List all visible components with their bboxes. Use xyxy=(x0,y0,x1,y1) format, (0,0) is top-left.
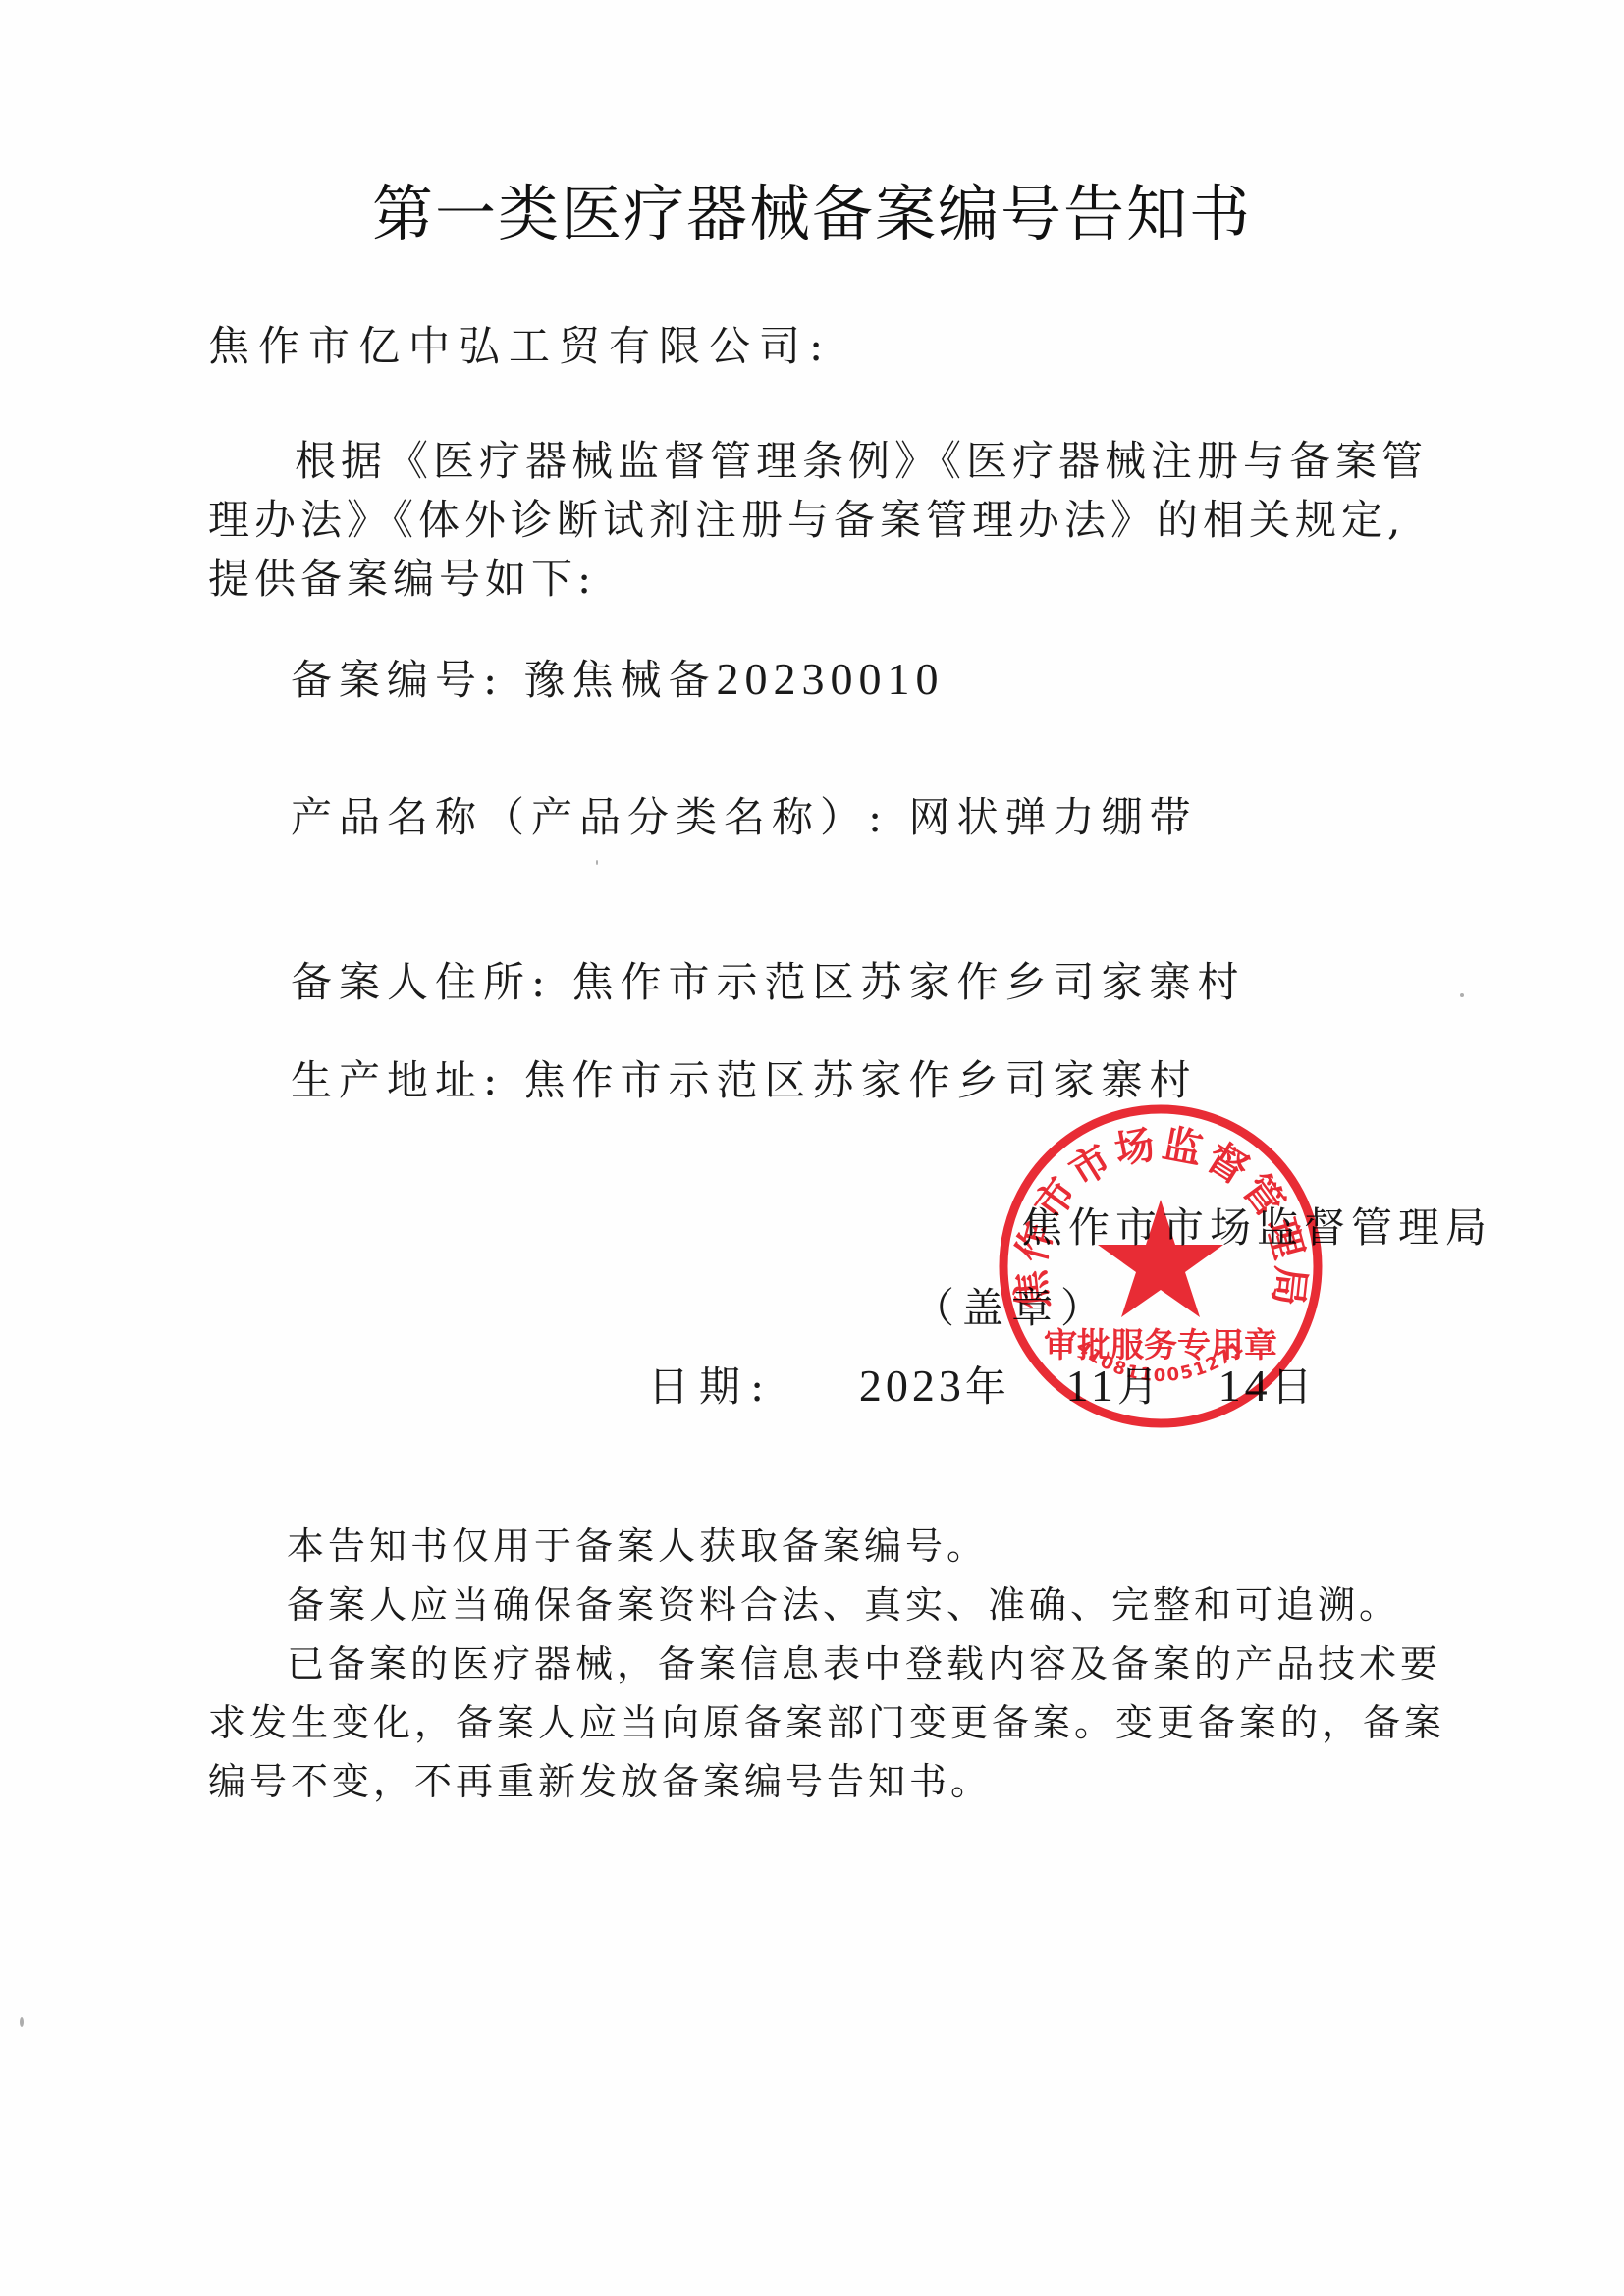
product-name-field: 产品名称（产品分类名称）: 网状弹力绷带 xyxy=(291,785,1198,844)
document-page: 第一类医疗器械备案编号告知书 焦作市亿中弘工贸有限公司: 根据《医疗器械监督管理… xyxy=(0,0,1624,2296)
registrant-address-value: 焦作市示范区苏家作乡司家寨村 xyxy=(572,958,1246,1006)
notice-section: 本告知书仅用于备案人获取备案编号。 备案人应当确保备案资料合法、真实、准确、完整… xyxy=(208,1517,1445,1811)
registrant-address-label: 备案人住所: xyxy=(291,958,552,1006)
notice-paragraph-1: 本告知书仅用于备案人获取备案编号。 xyxy=(208,1517,1445,1575)
filing-number-prefix: 豫焦械备 xyxy=(524,656,717,704)
scan-speck xyxy=(596,860,598,865)
production-address-label: 生产地址: xyxy=(291,1056,504,1104)
registrant-address-field: 备案人住所: 焦作市示范区苏家作乡司家寨村 xyxy=(291,950,1246,1009)
notice-paragraph-2: 备案人应当确保备案资料合法、真实、准确、完整和可追溯。 xyxy=(208,1575,1445,1634)
intro-line-2: 理办法》《体外诊断试剂注册与备案管理办法》的相关规定, xyxy=(208,491,1435,550)
intro-paragraph: 根据《医疗器械监督管理条例》《医疗器械注册与备案管 理办法》《体外诊断试剂注册与… xyxy=(208,432,1435,609)
date-label: 日期: xyxy=(648,1362,774,1411)
official-seal-stamp: 焦作市市场监督管理局 审批服务专用章 4108110051271 xyxy=(994,1099,1327,1433)
scan-speck xyxy=(20,2017,24,2027)
notice-paragraph-3-cont: 求发生变化，备案人应当向原备案部门变更备案。变更备案的，备案 xyxy=(208,1693,1445,1752)
recipient-name: 焦作市亿中弘工贸有限公司: xyxy=(208,314,832,373)
scan-speck xyxy=(1460,993,1464,997)
production-address-field: 生产地址: 焦作市示范区苏家作乡司家寨村 xyxy=(291,1048,1198,1107)
filing-number-field: 备案编号: 豫焦械备20230010 xyxy=(291,648,945,707)
date-year: 2023 xyxy=(859,1361,965,1411)
filing-number-value: 20230010 xyxy=(717,654,945,704)
product-name-value: 网状弹力绷带 xyxy=(909,793,1198,841)
product-name-label: 产品名称（产品分类名称）: xyxy=(291,793,889,841)
production-address-value: 焦作市示范区苏家作乡司家寨村 xyxy=(524,1056,1198,1104)
seal-star-icon xyxy=(1098,1200,1223,1317)
intro-line-3: 提供备案编号如下: xyxy=(208,550,1435,609)
document-title: 第一类医疗器械备案编号告知书 xyxy=(0,165,1624,252)
intro-line-1: 根据《医疗器械监督管理条例》《医疗器械注册与备案管 xyxy=(208,432,1435,491)
notice-paragraph-3-end: 编号不变，不再重新发放备案编号告知书。 xyxy=(208,1752,1445,1811)
notice-paragraph-3: 已备案的医疗器械，备案信息表中登载内容及备案的产品技术要 xyxy=(208,1634,1445,1693)
filing-number-label: 备案编号: xyxy=(291,656,504,704)
